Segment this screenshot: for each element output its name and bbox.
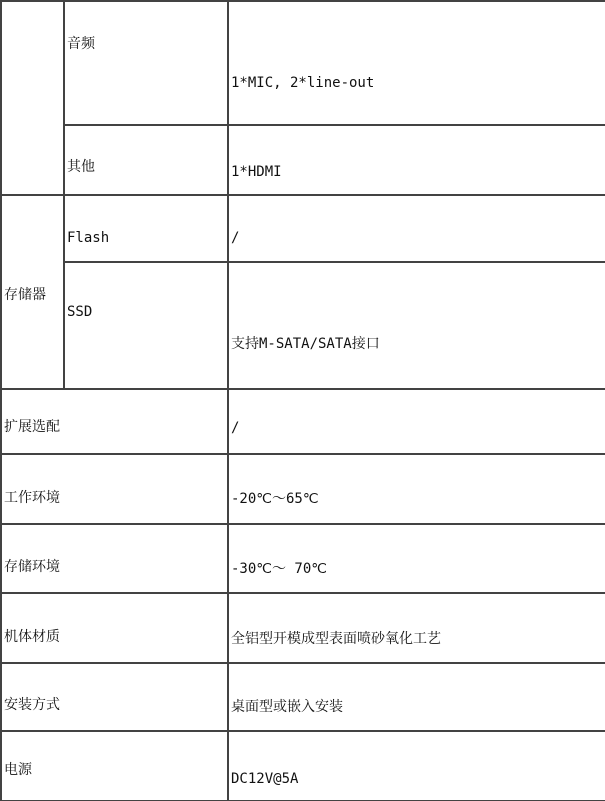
- spec-row-operating-env: 工作环境 -20℃～65℃: [1, 454, 605, 524]
- cell-interface-group-label: [1, 1, 64, 195]
- cell-other-value: 1*HDMI: [228, 125, 605, 195]
- spec-sheet-page: 音频 1*MIC, 2*line-out 其他 1*HDMI 存储器 Flash…: [0, 0, 605, 801]
- spec-row-storage-env: 存储环境 -30℃～ 70℃: [1, 524, 605, 593]
- cell-audio-value: 1*MIC, 2*line-out: [228, 1, 605, 125]
- cell-expansion-label: 扩展选配: [1, 389, 228, 454]
- cell-storage-env-label: 存储环境: [1, 524, 228, 593]
- spec-row-expansion: 扩展选配 /: [1, 389, 605, 454]
- cell-operating-env-label: 工作环境: [1, 454, 228, 524]
- spec-row-mounting: 安装方式 桌面型或嵌入安装: [1, 663, 605, 731]
- cell-flash-value: /: [228, 195, 605, 262]
- spec-row-power: 电源 DC12V@5A: [1, 731, 605, 801]
- cell-mounting-label: 安装方式: [1, 663, 228, 731]
- cell-body-material-label: 机体材质: [1, 593, 228, 663]
- cell-other-label: 其他: [64, 125, 228, 195]
- cell-expansion-value: /: [228, 389, 605, 454]
- spec-row-body-material: 机体材质 全铝型开模成型表面喷砂氧化工艺: [1, 593, 605, 663]
- cell-flash-label: Flash: [64, 195, 228, 262]
- cell-storage-env-value: -30℃～ 70℃: [228, 524, 605, 593]
- spec-row-other: 其他 1*HDMI: [1, 125, 605, 195]
- spec-row-ssd: SSD 支持M-SATA/SATA接口: [1, 262, 605, 389]
- cell-ssd-label: SSD: [64, 262, 228, 389]
- cell-power-value: DC12V@5A: [228, 731, 605, 801]
- cell-audio-label: 音频: [64, 1, 228, 125]
- cell-storage-group-label: 存储器: [1, 195, 64, 389]
- spec-row-audio: 音频 1*MIC, 2*line-out: [1, 1, 605, 125]
- cell-power-label: 电源: [1, 731, 228, 801]
- spec-table: 音频 1*MIC, 2*line-out 其他 1*HDMI 存储器 Flash…: [0, 0, 605, 801]
- cell-operating-env-value: -20℃～65℃: [228, 454, 605, 524]
- cell-ssd-value: 支持M-SATA/SATA接口: [228, 262, 605, 389]
- cell-body-material-value: 全铝型开模成型表面喷砂氧化工艺: [228, 593, 605, 663]
- cell-mounting-value: 桌面型或嵌入安装: [228, 663, 605, 731]
- spec-row-flash: 存储器 Flash /: [1, 195, 605, 262]
